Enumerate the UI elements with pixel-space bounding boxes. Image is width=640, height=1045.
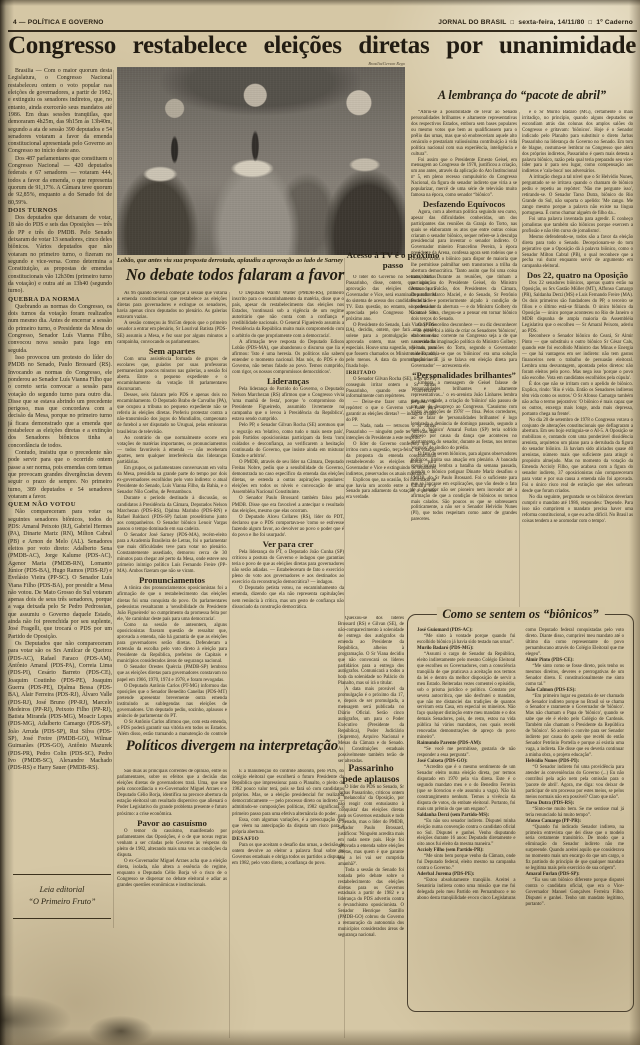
paragraph: O temor do casuísmo, manifestado por par… xyxy=(117,829,227,859)
lembranca-column-1: “Abriu-se a possibilidade de levar ao Se… xyxy=(411,110,517,614)
paragraph: O Deputado petista votou, no encaminhame… xyxy=(232,586,344,610)
paragraph: O Sr Francelino desconhece — ou diz desc… xyxy=(411,323,517,371)
debate-headline: No debate todos falaram a favor xyxy=(122,267,348,284)
checkbox-icon: □ xyxy=(511,20,515,26)
paragraph: A irritação chega a tal nível que o Sr H… xyxy=(522,175,633,217)
subheading: Desfazendo Equívocos xyxy=(411,199,517,210)
paragraph: O Deputado Alceu Collares (RS), líder do… xyxy=(232,515,344,539)
debate-column-1: Às 9h quando deveria começar a sessão qu… xyxy=(117,291,227,737)
paragraph: Com uma assistência formada de grupos de… xyxy=(117,357,227,393)
paragraph: O fato de serem biônicos, para alguns ob… xyxy=(411,452,517,523)
paragraph: “Eu não sou senador indireto. Disputei m… xyxy=(417,819,516,849)
paragraph: A afirmação teve resposta do Deputado Ed… xyxy=(232,340,344,376)
paragraph: Mesmo defendendo-se, todos são a favor d… xyxy=(522,235,633,271)
editorial-box: Leia editorial “O Primeiro Fruto” xyxy=(13,874,111,919)
paragraph: O PMDB, através de seu líder na Câmara, … xyxy=(232,460,344,496)
paragraph: “Eu sou um biônico diferente porque disp… xyxy=(526,878,625,908)
paragraph: “Em primeiro lugar eu gostaria de ser ch… xyxy=(526,694,625,759)
politicos-column-1: São duas as principais correntes de opin… xyxy=(117,769,227,1041)
paragraph: No dia 20 de setembro de 1978 o Congress… xyxy=(522,418,633,495)
subheading: Pronunciamentos xyxy=(117,575,227,586)
paragraph: Às 9h quando deveria começar a sessão qu… xyxy=(117,291,227,321)
paragraph: É dos que não se irritam com o apelido d… xyxy=(522,382,633,418)
main-headline: Congresso restabelece eleições diretas p… xyxy=(8,33,636,59)
politicos-headline: Políticos divergem na interpretação xyxy=(110,739,354,754)
paragraph: Agora, com a abertura política seguindo … xyxy=(411,210,517,323)
paragraph: A tônica dos pronunciamentos oposicionis… xyxy=(117,586,227,622)
paragraph: Foi assim que o Presidente Ernesto Geise… xyxy=(411,158,517,200)
subheading: Lideranças xyxy=(232,376,344,387)
paragraph: Essa, com algumas variações, é a preocup… xyxy=(232,818,344,836)
subheading: DESAFIO xyxy=(232,836,344,843)
bionicos-quotes: José Guiomard (PDS-AC):“Me sinto à vonta… xyxy=(408,615,633,1011)
paragraph: O ex-Governador Miguel Arraes acha que a… xyxy=(117,859,227,889)
subheading: Ver para crer xyxy=(232,539,344,550)
paragraph: “Acredito que é o mesmo sentimento de um… xyxy=(417,765,516,813)
subheading: QUEBRA DA NORMA xyxy=(8,296,112,304)
subheading: DOIS TURNOS xyxy=(8,207,112,215)
paragraph: Dos 22 senadores biônicos, apenas quatro… xyxy=(522,281,633,334)
paragraph: “Abriu-se a possibilidade de levar ao Se… xyxy=(411,110,517,158)
paragraph: Queixou-se dos líderes Brossard (RS) e G… xyxy=(338,616,404,687)
paragraph: “Me sinto como se fosse direto, pois ten… xyxy=(526,664,625,688)
paragraph: Contudo, insistiu que o precedente não p… xyxy=(8,450,112,501)
paragraph: Desses, seis falaram pelo PDS e apenas d… xyxy=(117,393,227,436)
paragraph: O Deputado Waldir Walter (PMDB-RS), prim… xyxy=(232,291,344,340)
paragraph: São duas as principais correntes de opin… xyxy=(117,769,227,818)
paragraph: Os Deputados que não compareceram para v… xyxy=(8,641,112,773)
paragraph: Embora a mensagem de Geisel falasse de '… xyxy=(411,381,517,452)
paragraph: O líder do PDS no Senado, Sr Jarbas Pass… xyxy=(338,785,404,868)
paragraph: Reconhece o Senador biônico do Ceará, Sr… xyxy=(522,334,633,382)
checkbox-icon: □ xyxy=(589,20,593,26)
paragraph: Ao contrário do que normalmente ocorre e… xyxy=(117,436,227,466)
paragraph: No dia seguinte, perguntado se os biônic… xyxy=(522,495,633,525)
page-header: 4 — POLÍTICA E GOVERNO JORNAL DO BRASIL … xyxy=(13,19,633,26)
paragraph: O Senador Paulo Brossard também falou pe… xyxy=(232,496,344,514)
editorial-line1: Leia editorial xyxy=(15,884,109,896)
paragraph: Quebrando as normas do Congresso, os doi… xyxy=(8,304,112,355)
politicos-column-2: É a manutenção do controle absoluto, pel… xyxy=(232,769,344,1041)
column-rule xyxy=(113,70,114,928)
editorial-line2: “O Primeiro Fruto” xyxy=(15,896,109,908)
passarinho-column: Queixou-se dos líderes Brossard (RS) e G… xyxy=(338,616,404,1040)
edition-caderno: 1º Caderno xyxy=(596,19,633,26)
paragraph: e o Sr Murilo Badaró (MG), certamente o … xyxy=(522,110,633,175)
paragraph: O Senador Orestes Quércia (PMDB-SP) lemb… xyxy=(117,665,227,683)
paragraph: “Me sinto à vontade porque quando fui es… xyxy=(417,634,516,646)
subheading: “Personalidades brilhantes” xyxy=(411,370,517,381)
paragraph: Não compareceram para votar os seguintes… xyxy=(8,509,112,641)
photo-credit: Brasília/Gerson Rego xyxy=(117,61,405,66)
section-page-label: 4 — POLÍTICA E GOVERNO xyxy=(13,19,104,26)
debate-column-2: O Deputado Waldir Walter (PMDB-RS), prim… xyxy=(232,291,344,737)
paragraph: Pelo PP, o Senador Gilvan Rocha (SE) ace… xyxy=(232,423,344,459)
paragraph: Para os que aceitam o desafio das urnas,… xyxy=(232,843,344,867)
paragraph: Dos 487 parlamentares que constituem o C… xyxy=(8,156,112,207)
paragraph: “Se você me permitisse, gostaria de não … xyxy=(417,747,516,759)
lead-story-column: Brasília — Com o maior quorum desta Legi… xyxy=(8,68,112,868)
lembranca-column-2: e o Sr Murilo Badaró (MG), certamente o … xyxy=(522,110,633,614)
halftone-grain xyxy=(117,67,405,255)
paragraph: Pela liderança do Partido do Governo, o … xyxy=(232,387,344,423)
paragraph: Dos deputados que deixaram de votar, 18 … xyxy=(8,215,112,295)
paragraph: Foi uma palavra inventada para agredir. … xyxy=(522,217,633,235)
lembranca-headline: A lembrança do “pacote de abril” xyxy=(410,89,634,101)
paragraph: A data mais provável da promulgação é o … xyxy=(338,687,404,764)
paragraph: “O Senador indireto foi uma providência … xyxy=(526,765,625,801)
paragraph: O Senador José Sarney (PDS-MA), recém-el… xyxy=(117,533,227,576)
paragraph: Pela liderança do PT, o Deputado João Cu… xyxy=(232,550,344,586)
subheading: QUEM NÃO VOTOU xyxy=(8,501,112,509)
paragraph: Toda a sessão do Senado foi tomada pelo … xyxy=(338,868,404,939)
paragraph: Em grupos, os parlamentares conversavam … xyxy=(117,466,227,496)
paragraph: “Sinto-me muito bem. Se me sentisse mal … xyxy=(526,807,625,819)
paragraph: Isso provocou um protesto do líder do PM… xyxy=(8,355,112,450)
subheading: Sem apartes xyxy=(117,346,227,357)
paragraph: “Quando fui indicado Senador indireto, n… xyxy=(526,825,625,873)
paragraph: Durante o período destinado à discussão,… xyxy=(117,496,227,532)
bionicos-box: Como se sentem os “biônicos” José Guioma… xyxy=(407,614,634,1012)
paragraph: Como na sessão de anteontem, alguns opos… xyxy=(117,623,227,666)
paragraph: O Deputado Antônio Carlos (PT-MG) inform… xyxy=(117,684,227,720)
newspaper-page: 4 — POLÍTICA E GOVERNO JORNAL DO BRASIL … xyxy=(0,0,640,1045)
column-rule xyxy=(229,292,230,1038)
paragraph: Brasília — Com o maior quorum desta Legi… xyxy=(8,68,112,156)
subheading: Dos 22, quatro na Oposição xyxy=(522,270,633,281)
subheading: Pavor ao casuísmo xyxy=(117,818,227,829)
edition-date: sexta-feira, 14/11/80 xyxy=(518,19,584,26)
masthead: JORNAL DO BRASIL □ sexta-feira, 14/11/80… xyxy=(438,19,633,26)
bionicos-box-title: Como se sentem os “biônicos” xyxy=(436,607,604,622)
paper-name: JORNAL DO BRASIL xyxy=(438,19,506,26)
congress-applause-photo xyxy=(117,67,405,255)
paragraph: “Me sinto bem porque venho da Câmara, on… xyxy=(417,854,516,872)
paragraph: O Sr Antônio Carlos afirmou que, com est… xyxy=(117,720,227,737)
paragraph: É a manutenção do controle absoluto, pel… xyxy=(232,769,344,818)
column-rule xyxy=(519,112,520,610)
paragraph: “Assumi o cargo de Senador da República,… xyxy=(417,652,516,741)
subheading: Passarinho pede aplausos xyxy=(338,764,404,784)
paragraph: A sessão começou às 9h15m depois que o p… xyxy=(117,321,227,345)
